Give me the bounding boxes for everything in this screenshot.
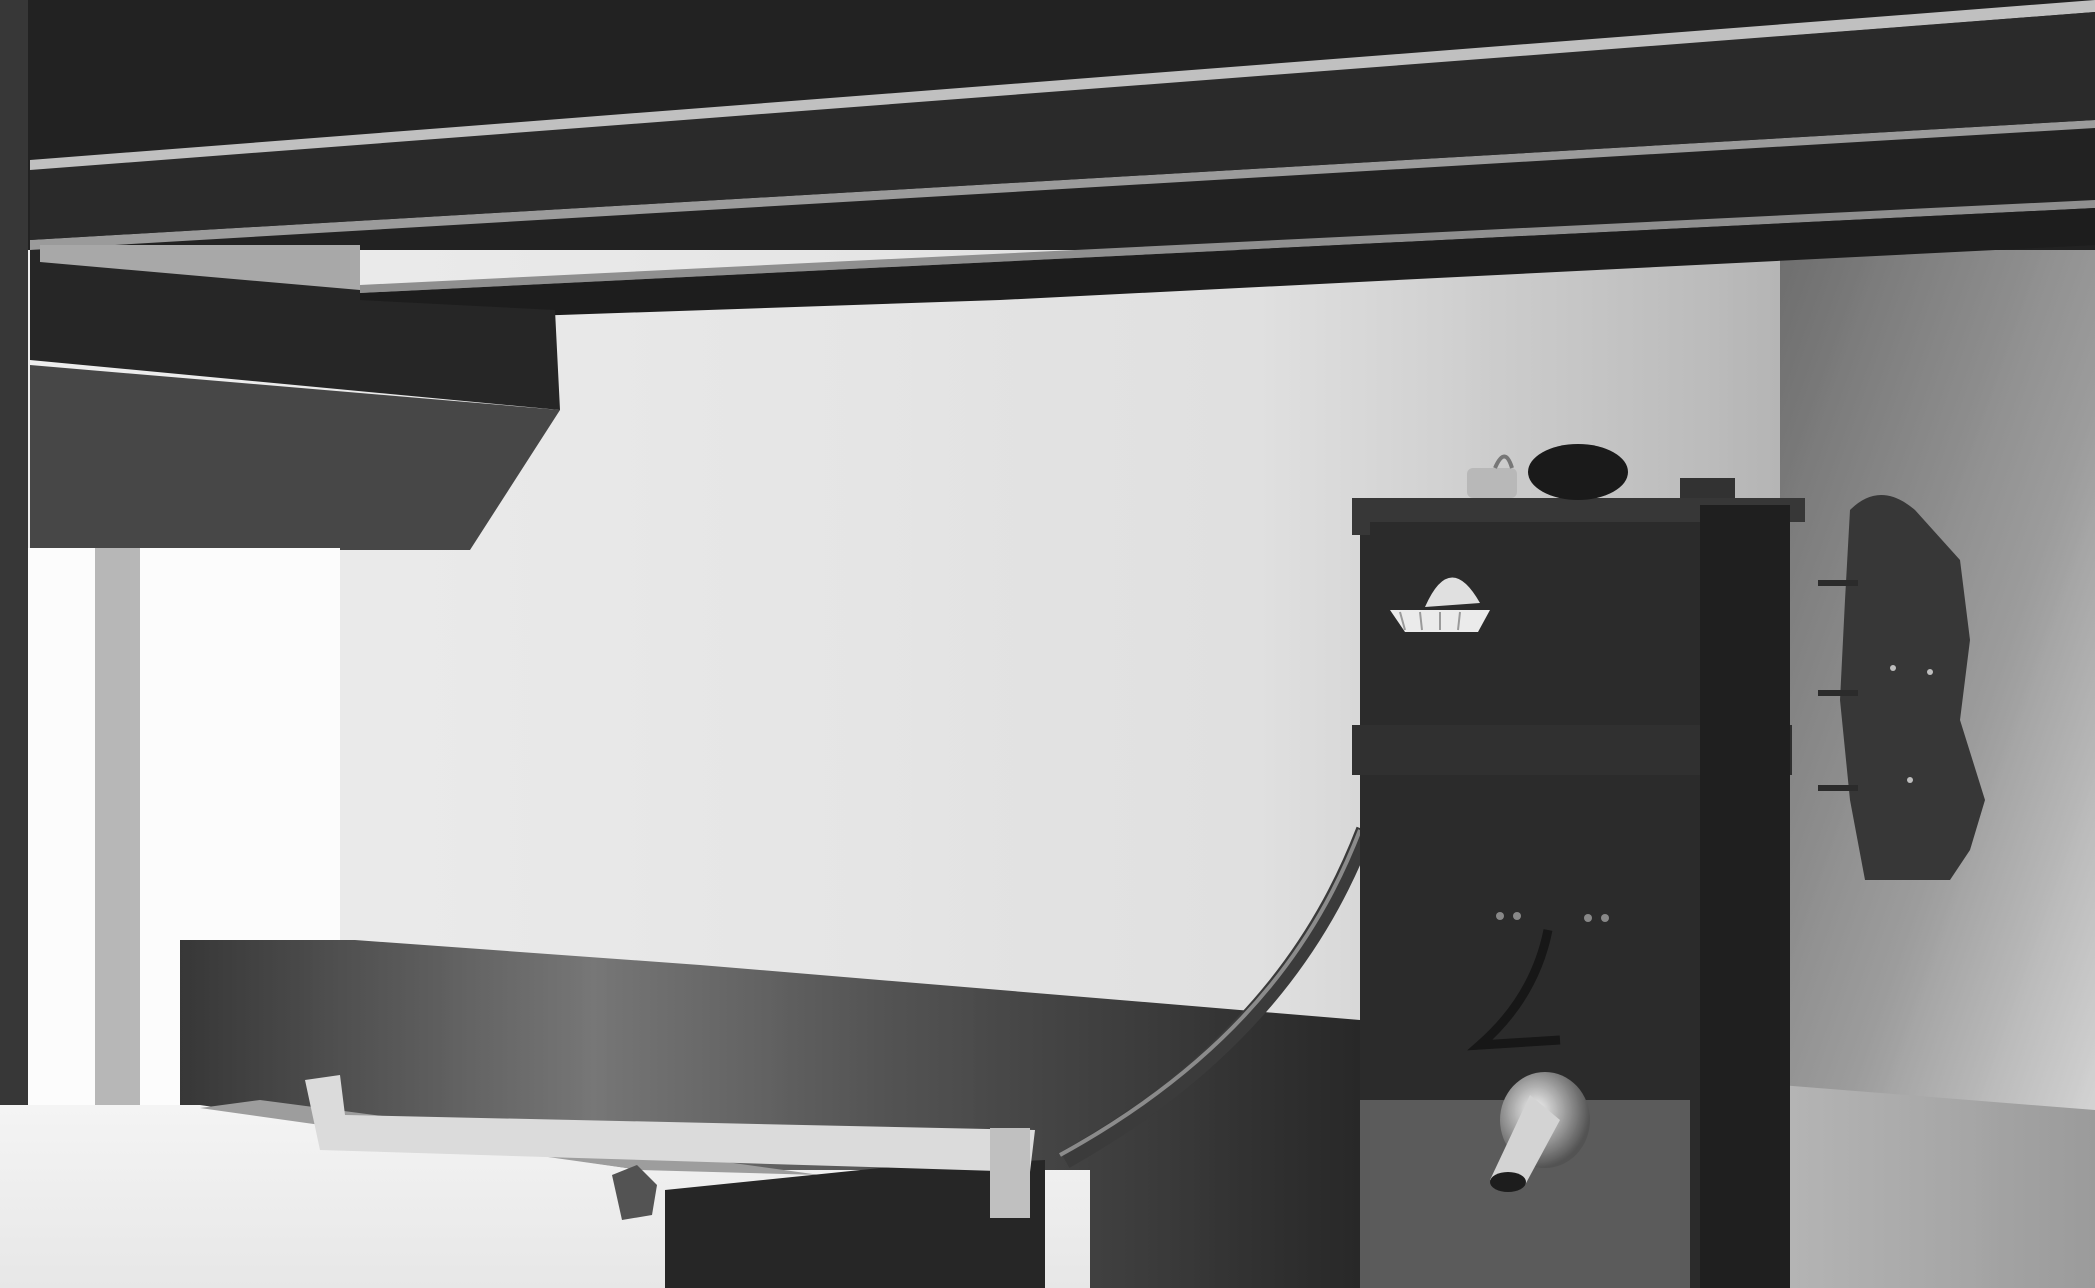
photograph: Interior corner of an old kitchen/washro…: [0, 0, 2095, 1288]
round-object: [1528, 444, 1628, 500]
small-box: [1680, 478, 1735, 498]
left-post: [95, 548, 140, 1108]
left-frame-edge: [0, 0, 28, 1288]
scene: [0, 0, 2095, 1288]
